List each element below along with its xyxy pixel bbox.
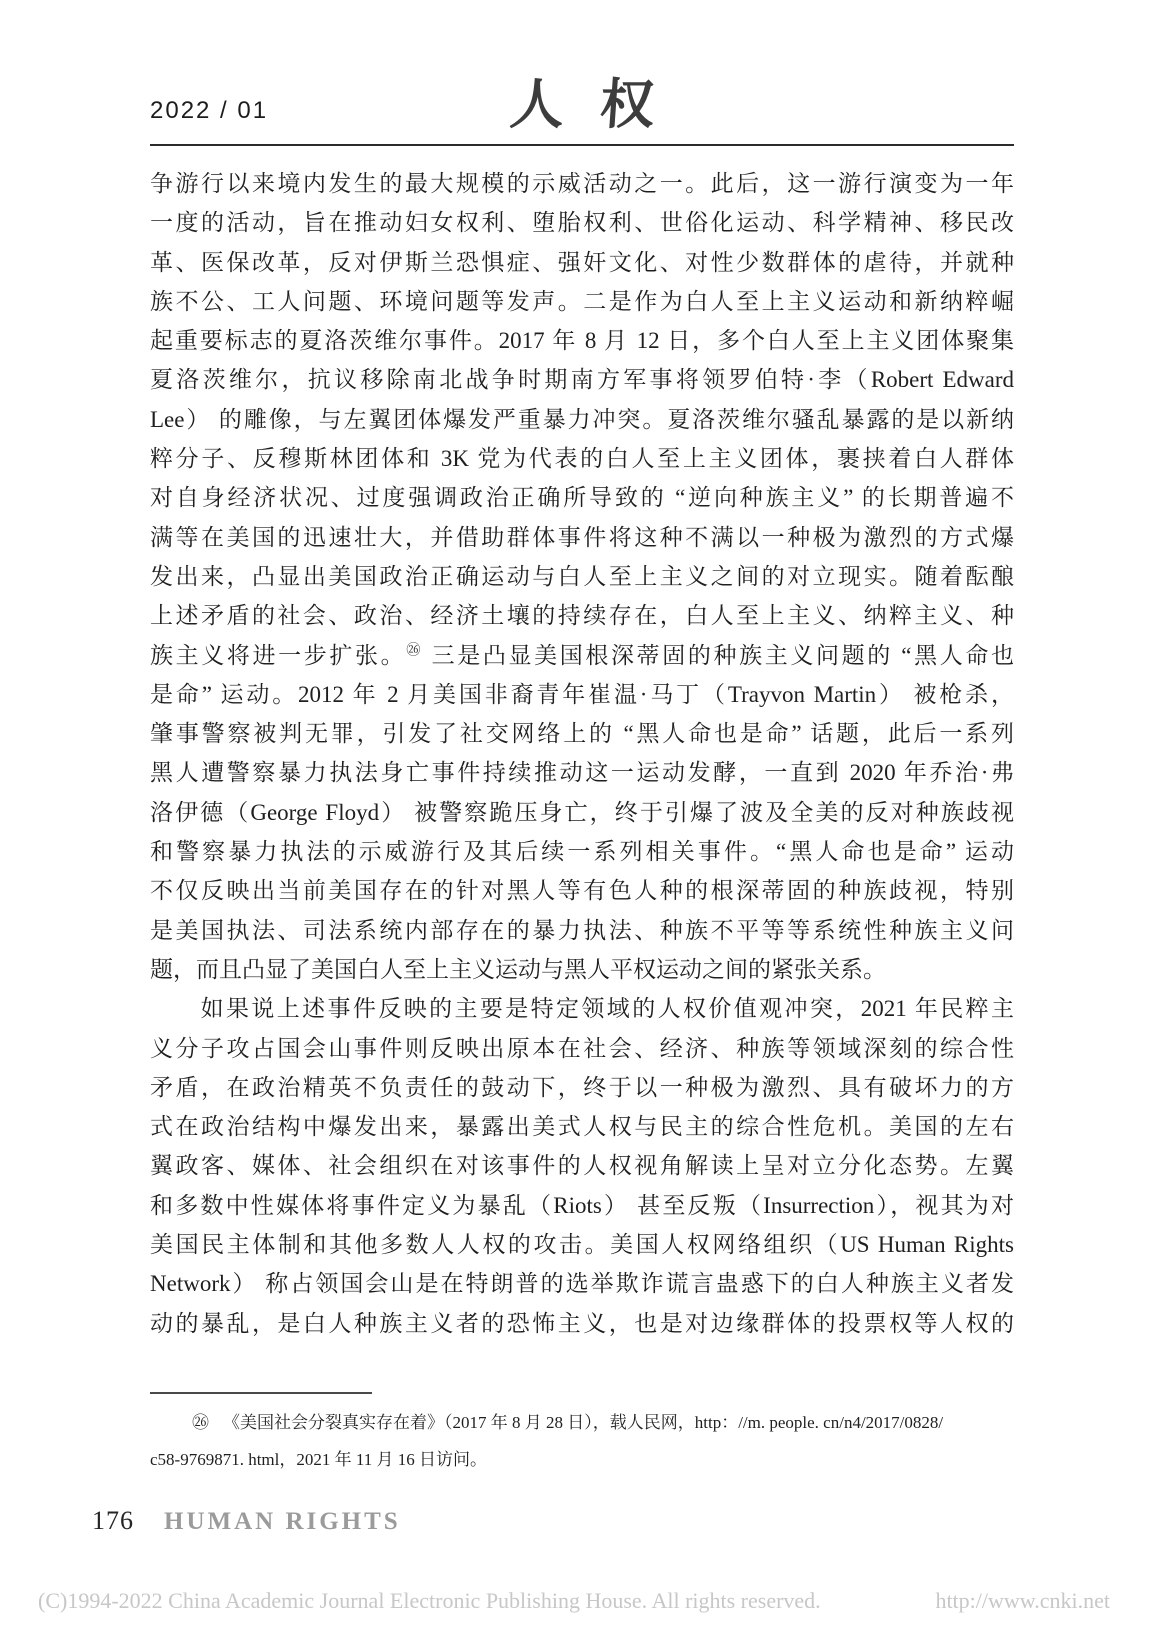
journal-name: HUMAN RIGHTS [164, 1508, 401, 1536]
journal-page: 2022 / 01 人权 争游行以来境内发生的最大规模的示威活动之一。此后，这一… [0, 0, 1165, 1638]
text-line: 起重要标志的夏洛茨维尔事件。2017 年 8 月 12 日，多个白人至上主义团体… [150, 321, 1014, 360]
text-line: 发出来，凸显出美国政治正确运动与白人至上主义之间的对立现实。随着酝酿 [150, 557, 1014, 596]
text-line: Network） 称占领国会山是在特朗普的选举欺诈谎言蛊惑下的白人种族主义者发 [150, 1264, 1014, 1303]
text-line: 义分子攻占国会山事件则反映出原本在社会、经济、种族等领域深刻的综合性 [150, 1029, 1014, 1068]
footnote-reference-mark: ㉖ [406, 642, 423, 658]
article-body: 争游行以来境内发生的最大规模的示威活动之一。此后，这一游行演变为一年一度的活动，… [150, 164, 1014, 1343]
footnote-line-2: c58-9769871. html，2021 年 11 月 16 日访问。 [150, 1441, 1030, 1478]
text-line: 肇事警察被判无罪，引发了社交网络上的 “黑人命也是命” 话题，此后一系列 [150, 714, 1014, 753]
text-line: 革、医保改革，反对伊斯兰恐惧症、强奸文化、对性少数群体的虐待，并就种 [150, 243, 1014, 282]
text-line: 和警察暴力执法的示威游行及其后续一系列相关事件。“黑人命也是命” 运动 [150, 832, 1014, 871]
text-line: 美国民主体制和其他多数人人权的攻击。美国人权网络组织（US Human Righ… [150, 1225, 1014, 1264]
text-line: 动的暴乱，是白人种族主义者的恐怖主义，也是对边缘群体的投票权等人权的 [150, 1304, 1014, 1343]
text-line: 族主义将进一步扩张。㉖ 三是凸显美国根深蒂固的种族主义问题的 “黑人命也 [150, 636, 1014, 675]
footnote-line-1: ㉖《美国社会分裂真实存在着》（2017 年 8 月 28 日），载人民网，htt… [150, 1404, 1030, 1441]
footnote-text: 《美国社会分裂真实存在着》（2017 年 8 月 28 日），载人民网，http… [223, 1413, 943, 1432]
text-line: 一度的活动，旨在推动妇女权利、堕胎权利、世俗化运动、科学精神、移民改 [150, 203, 1014, 242]
footnote: ㉖《美国社会分裂真实存在着》（2017 年 8 月 28 日），载人民网，htt… [150, 1404, 1030, 1478]
text-line: 争游行以来境内发生的最大规模的示威活动之一。此后，这一游行演变为一年 [150, 164, 1014, 203]
copyright-bar: (C)1994-2022 China Academic Journal Elec… [38, 1588, 1110, 1614]
text-line: 族不公、工人问题、环境问题等发声。二是作为白人至上主义运动和新纳粹崛 [150, 282, 1014, 321]
paragraph-1: 争游行以来境内发生的最大规模的示威活动之一。此后，这一游行演变为一年一度的活动，… [150, 164, 1014, 989]
text-line: Lee） 的雕像，与左翼团体爆发严重暴力冲突。夏洛茨维尔骚乱暴露的是以新纳 [150, 400, 1014, 439]
journal-logo-calligraphy: 人权 [0, 62, 1165, 139]
text-line: 黑人遭警察暴力执法身亡事件持续推动这一运动发酵，一直到 2020 年乔治·弗 [150, 753, 1014, 792]
text-line: 对自身经济状况、过度强调政治正确所导致的 “逆向种族主义” 的长期普遍不 [150, 478, 1014, 517]
copyright-notice: (C)1994-2022 China Academic Journal Elec… [38, 1588, 821, 1614]
paragraph-2: 如果说上述事件反映的主要是特定领域的人权价值观冲突，2021 年民粹主义分子攻占… [150, 989, 1014, 1343]
page-footer: 176 HUMAN RIGHTS [92, 1506, 401, 1536]
text-line: 题，而且凸显了美国白人至上主义运动与黑人平权运动之间的紧张关系。 [150, 950, 1014, 989]
footnote-separator [150, 1392, 372, 1394]
text-line: 矛盾，在政治精英不负责任的鼓动下，终于以一种极为激烈、具有破坏力的方 [150, 1068, 1014, 1107]
text-line: 是美国执法、司法系统内部存在的暴力执法、种族不平等等系统性种族主义问 [150, 911, 1014, 950]
text-line: 满等在美国的迅速壮大，并借助群体事件将这种不满以一种极为激烈的方式爆 [150, 518, 1014, 557]
text-line: 洛伊德（George Floyd） 被警察跪压身亡，终于引爆了波及全美的反对种族… [150, 793, 1014, 832]
header-rule [150, 144, 1014, 146]
text-line: 上述矛盾的社会、政治、经济土壤的持续存在，白人至上主义、纳粹主义、种 [150, 596, 1014, 635]
text-line: 式在政治结构中爆发出来，暴露出美式人权与民主的综合性危机。美国的左右 [150, 1107, 1014, 1146]
text-line: 是命” 运动。2012 年 2 月美国非裔青年崔温·马丁（Trayvon Mar… [150, 675, 1014, 714]
page-number: 176 [92, 1506, 134, 1536]
text-line: 粹分子、反穆斯林团体和 3K 党为代表的白人至上主义团体，裹挟着白人群体 [150, 439, 1014, 478]
text-line: 夏洛茨维尔，抗议移除南北战争时期南方军事将领罗伯特·李（Robert Edwar… [150, 360, 1014, 399]
text-line: 如果说上述事件反映的主要是特定领域的人权价值观冲突，2021 年民粹主 [150, 989, 1014, 1028]
copyright-url: http://www.cnki.net [935, 1588, 1110, 1614]
text-line: 和多数中性媒体将事件定义为暴乱（Riots） 甚至反叛（Insurrection… [150, 1186, 1014, 1225]
text-line: 不仅反映出当前美国存在的针对黑人等有色人种的根深蒂固的种族歧视，特别 [150, 871, 1014, 910]
text-line: 翼政客、媒体、社会组织在对该事件的人权视角解读上呈对立分化态势。左翼 [150, 1146, 1014, 1185]
footnote-marker: ㉖ [192, 1413, 209, 1432]
